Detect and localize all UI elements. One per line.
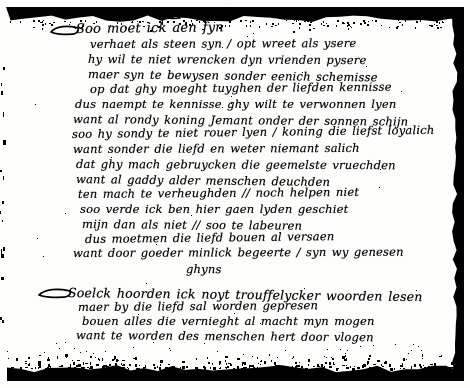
scan-border-top (6, 7, 463, 22)
manuscript-line: want te worden des menschen hert door vl… (76, 329, 374, 344)
manuscript-line: dus moetmen die liefd bouen al versaen (85, 230, 335, 246)
manuscript-line: op dat ghy moeght tuyghen der liefden ke… (90, 81, 392, 96)
manuscript-line: want door goeder minlick begeerte / syn … (73, 246, 404, 260)
manuscript-line: ten mach te verheughden // noch helpen n… (78, 186, 359, 201)
manuscript-line: ghyns (186, 263, 222, 276)
initial-flourish-2 (38, 287, 72, 300)
manuscript-line: dat ghy mach gebruycken die geemelste vr… (76, 158, 396, 172)
scan-border-right (452, 7, 464, 381)
manuscript-line: verhaet als steen syn / opt wreet als ys… (90, 37, 356, 51)
manuscript-line: soo verde ick ben hier gaen lyden geschi… (80, 203, 348, 216)
manuscript-line: hy wil te niet wrencken dyn vrienden pys… (88, 53, 367, 67)
manuscript-line: bouen alles die vernieght al macht myn m… (82, 315, 375, 328)
manuscript-line: soo hy sondy te niet rouer lyen / koning… (72, 124, 435, 141)
manuscript-line: maer by die liefd sal worden gepresen (78, 299, 318, 314)
manuscript-line: want sonder die liefd en weter niemant s… (73, 142, 360, 156)
manuscript-scan-page: 134 Deyl Soo moet ick aen fynverhaet als… (0, 0, 470, 388)
manuscript-line: dus naempt te kennisse ghy wilt te verwo… (75, 98, 396, 111)
